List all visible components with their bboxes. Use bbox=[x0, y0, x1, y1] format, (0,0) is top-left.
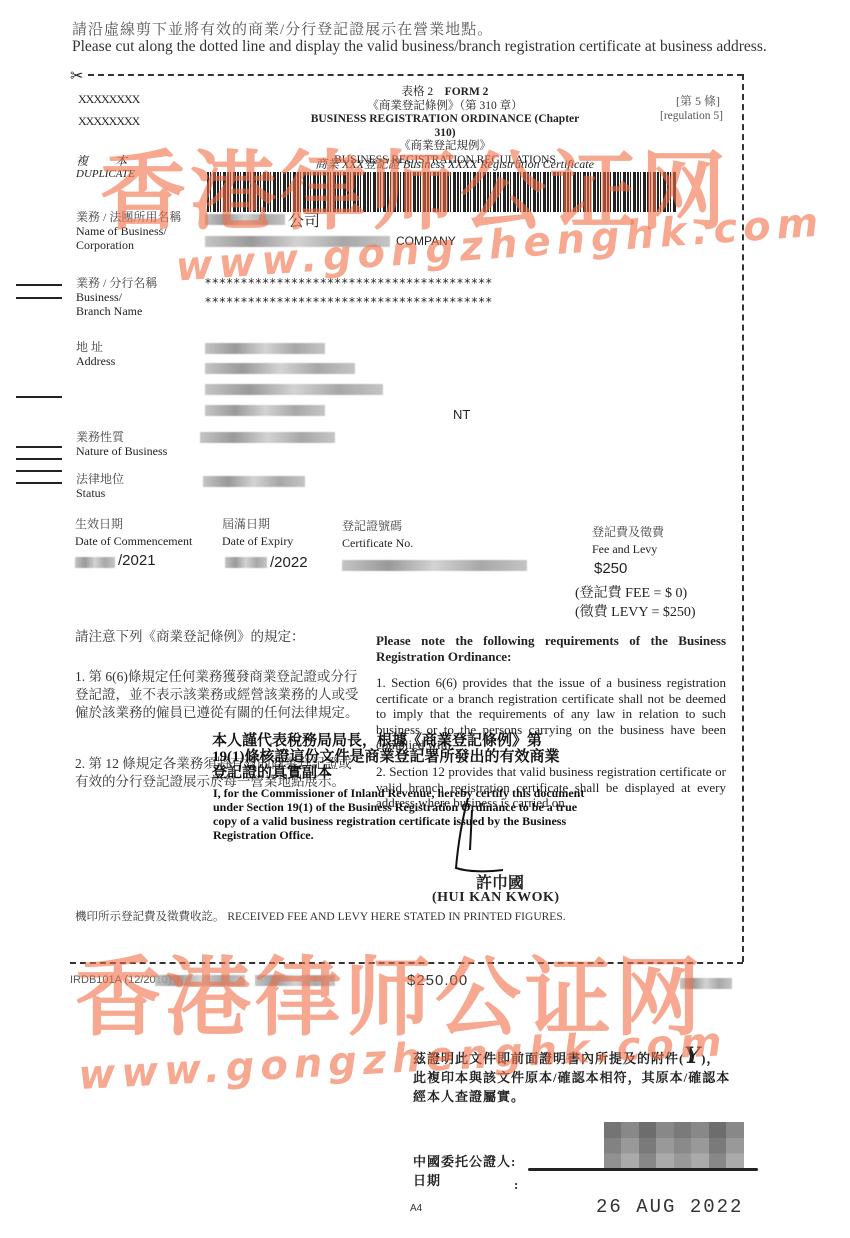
commencement-label: 生效日期 Date of Commencement bbox=[75, 516, 192, 550]
date-label: 日期 bbox=[413, 1171, 441, 1190]
redacted-day-month bbox=[225, 557, 267, 568]
cut-line-top bbox=[88, 74, 743, 76]
certificate-title: 商業 XXX登記證 Business XXXX Registration Cer… bbox=[315, 155, 594, 172]
commencement-label-en: Date of Commencement bbox=[75, 533, 192, 550]
redacted-day-month bbox=[75, 557, 115, 568]
watermark-zh-bottom: 香港律师公证网 bbox=[75, 928, 705, 1052]
expiry-label: 屆滿日期 Date of Expiry bbox=[222, 516, 293, 550]
notary-label: 中國委托公證人: bbox=[413, 1152, 516, 1171]
redacted-address-line bbox=[205, 384, 383, 395]
scissors-icon: ✂ bbox=[70, 66, 83, 86]
ordinance-en: BUSINESS REGISTRATION ORDINANCE (Chapter… bbox=[311, 113, 580, 139]
branch-label-en-1: Business/ bbox=[76, 290, 157, 304]
side-mark bbox=[16, 458, 62, 460]
duplicate-label-zh: 複 本 bbox=[76, 152, 139, 169]
expiry-value: /2022 bbox=[270, 554, 308, 571]
certification-zh: 本人謹代表稅務局局長，根據《商業登記條例》第19(1)條核證這份文件是商業登記署… bbox=[212, 733, 572, 781]
redacted-cert-no bbox=[342, 560, 527, 571]
status-label-en: Status bbox=[76, 486, 124, 500]
barcode bbox=[207, 172, 677, 212]
notary-signature-line bbox=[528, 1168, 758, 1171]
name-value-en: COMPANY bbox=[396, 234, 456, 248]
redacted-name-en bbox=[205, 236, 390, 247]
attachment-mark: Y bbox=[684, 1043, 701, 1069]
commencement-value: /2021 bbox=[118, 552, 156, 569]
cut-line-right bbox=[742, 74, 744, 962]
branch-label-zh: 業務 / 分行名稱 bbox=[76, 276, 157, 290]
paper-size: A4 bbox=[410, 1203, 422, 1214]
regulations-zh: 《商業登記規例》 bbox=[300, 140, 590, 154]
expiry-label-zh: 屆滿日期 bbox=[222, 516, 293, 533]
name-label-en-1: Name of Business/ bbox=[76, 224, 181, 238]
regulation-ref-zh: [第 5 條] bbox=[676, 92, 720, 109]
levy-breakdown: (徵費 LEVY = $250) bbox=[575, 601, 696, 621]
notary-date: 26 AUG 2022 bbox=[596, 1196, 743, 1218]
notes-item-zh-1: 1. 第 6(6)條規定任何業務獲發商業登記證或分行登記證，並不表示該業務或經營… bbox=[75, 668, 365, 722]
notary-line-1: 茲證明此文件即前面證明書內所提及的附件( bbox=[413, 1051, 684, 1066]
form-number-en: FORM 2 bbox=[445, 86, 489, 98]
redacted-notary-name bbox=[604, 1122, 744, 1170]
cert-no-label: 登記證號碼 Certificate No. bbox=[342, 518, 413, 552]
receipt-amount: $250.00 bbox=[407, 972, 468, 989]
side-mark bbox=[16, 396, 62, 398]
redacted-receipt-1 bbox=[155, 975, 245, 986]
nature-label-en: Nature of Business bbox=[76, 444, 167, 458]
name-label-zh: 業務 / 法團所用名稱 bbox=[76, 210, 181, 224]
receipt-text: 機印所示登記費及徵費收訖。 RECEIVED FEE AND LEVY HERE… bbox=[75, 908, 566, 924]
notary-line-1-end: )， bbox=[701, 1051, 720, 1066]
side-mark bbox=[16, 470, 62, 472]
commencement-label-zh: 生效日期 bbox=[75, 516, 192, 533]
nature-label-zh: 業務性質 bbox=[76, 430, 167, 444]
redacted-receipt-2 bbox=[255, 975, 335, 986]
regulation-ref-en: [regulation 5] bbox=[660, 110, 723, 122]
redacted-status bbox=[203, 476, 305, 487]
redacted-address-line bbox=[205, 405, 325, 416]
side-mark bbox=[16, 446, 62, 448]
cert-no-label-zh: 登記證號碼 bbox=[342, 518, 413, 535]
fee-value: $250 bbox=[594, 560, 627, 577]
fee-breakdown: (登記費 FEE = $ 0) bbox=[575, 582, 687, 602]
notes-title-en: Please note the following requirements o… bbox=[376, 633, 726, 664]
redacted-name-zh bbox=[205, 214, 285, 225]
cert-no-label-en: Certificate No. bbox=[342, 535, 413, 552]
date-colon: : bbox=[514, 1175, 519, 1194]
redacted-code-1: XXXXXXXX bbox=[78, 92, 139, 107]
signature bbox=[448, 790, 508, 880]
address-label: 地 址 Address bbox=[76, 340, 115, 368]
nature-label: 業務性質 Nature of Business bbox=[76, 430, 167, 458]
address-district: NT bbox=[453, 407, 470, 422]
name-label: 業務 / 法團所用名稱 Name of Business/ Corporatio… bbox=[76, 210, 181, 252]
notary-statement: 茲證明此文件即前面證明書內所提及的附件(Y)， 此複印本與該文件原本/確認本相符… bbox=[413, 1047, 773, 1106]
cut-instruction-zh: 請沿虛線剪下並將有效的商業/分行登記證展示在營業地點。 bbox=[72, 18, 493, 39]
branch-value-2: **************************************** bbox=[205, 295, 493, 309]
redacted-receipt-3 bbox=[680, 978, 732, 989]
branch-value-1: **************************************** bbox=[205, 276, 493, 290]
name-label-en-2: Corporation bbox=[76, 238, 181, 252]
signer-name-en: (HUI KAN KWOK) bbox=[432, 890, 560, 906]
side-mark bbox=[16, 297, 62, 299]
redacted-nature bbox=[200, 432, 335, 443]
notes-title-zh: 請注意下列《商業登記條例》的規定： bbox=[75, 628, 305, 646]
expiry-label-en: Date of Expiry bbox=[222, 533, 293, 550]
branch-label: 業務 / 分行名稱 Business/ Branch Name bbox=[76, 276, 157, 318]
ordinance-zh: 《商業登記條例》（第 310 章） bbox=[300, 100, 590, 114]
notary-line-3: 經本人查證屬實。 bbox=[413, 1087, 773, 1106]
fee-label: 登記費及徵費 Fee and Levy bbox=[592, 524, 664, 558]
redacted-address-line bbox=[205, 343, 325, 354]
redacted-address-line bbox=[205, 363, 355, 374]
status-label-zh: 法律地位 bbox=[76, 472, 124, 486]
address-label-en: Address bbox=[76, 354, 115, 368]
duplicate-label-en: DUPLICATE bbox=[76, 168, 135, 180]
certification-en: I, for the Commissioner of Inland Revenu… bbox=[213, 786, 593, 842]
cut-instruction-en: Please cut along the dotted line and dis… bbox=[72, 38, 767, 56]
fee-label-en: Fee and Levy bbox=[592, 541, 664, 558]
fee-label-zh: 登記費及徵費 bbox=[592, 524, 664, 541]
address-label-zh: 地 址 bbox=[76, 340, 115, 354]
side-mark bbox=[16, 284, 62, 286]
branch-label-en-2: Branch Name bbox=[76, 304, 157, 318]
notary-line-2: 此複印本與該文件原本/確認本相符，其原本/確認本 bbox=[413, 1068, 773, 1087]
redacted-code-2: XXXXXXXX bbox=[78, 114, 139, 129]
name-value-zh: 公司 bbox=[288, 208, 320, 231]
status-label: 法律地位 Status bbox=[76, 472, 124, 500]
cut-line-bottom bbox=[70, 962, 743, 964]
side-mark bbox=[16, 482, 62, 484]
form-number-zh: 表格 2 bbox=[402, 86, 434, 98]
